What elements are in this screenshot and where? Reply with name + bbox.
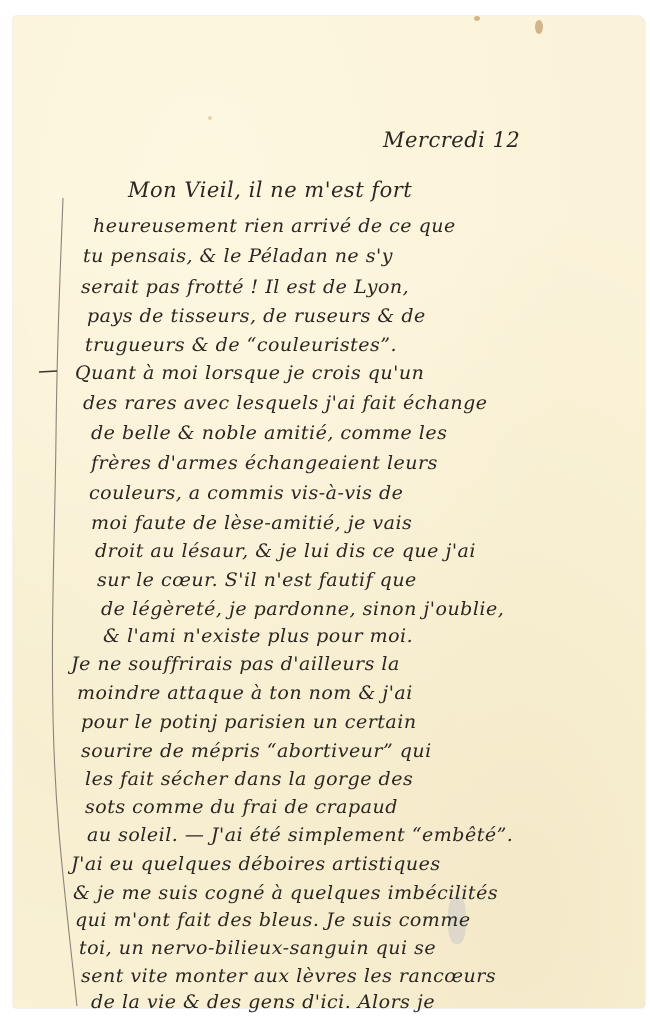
letter-line: sots comme du frai de crapaud [85,796,398,818]
letter-line: qui m'ont fait des bleus. Je suis comme [75,909,471,931]
letter-line: toi, un nervo-bilieux-sanguin qui se [79,937,436,959]
paper-stain [208,116,212,120]
letter-line: couleurs, a commis vis-à-vis de [89,482,403,504]
letter-line: au soleil. — J'ai été simplement “embêté… [87,824,513,846]
dateline: Mercredi 12 [383,128,520,152]
letter-line: Je ne souffrirais pas d'ailleurs la [71,653,400,675]
letter-line: des rares avec lesquels j'ai fait échang… [83,392,488,414]
paper-stain [535,20,543,34]
letter-page: Mercredi 12 Mon Vieil, il ne m'est fort … [13,16,645,1008]
letter-line: droit au lésaur, & je lui dis ce que j'a… [95,540,476,562]
letter-line: de légèreté, je pardonne, sinon j'oublie… [101,598,504,620]
letter-line: Mon Vieil, il ne m'est fort [128,178,412,202]
letter-line: sent vite monter aux lèvres les rancœurs [81,965,496,987]
letter-line: pour le potinj parisien un certain [81,711,417,733]
letter-line: de la vie & des gens d'ici. Alors je [91,991,435,1013]
letter-line: de belle & noble amitié, comme les [91,422,447,444]
letter-line: serait pas frotté ! Il est de Lyon, [81,276,409,298]
letter-line: Quant à moi lorsque je crois qu'un [75,362,424,384]
letter-line: moindre attaque à ton nom & j'ai [77,682,413,704]
letter-line: frères d'armes échangeaient leurs [91,452,438,474]
letter-line: heureusement rien arrivé de ce que [93,215,456,237]
letter-line: tu pensais, & le Péladan ne s'y [83,245,393,267]
letter-line: sourire de mépris “abortiveur” qui [81,740,432,762]
paper-stain [474,16,480,21]
letter-line: & je me suis cogné à quelques imbécilité… [73,882,498,904]
letter-line: pays de tisseurs, de ruseurs & de [87,305,426,327]
letter-line: & l'ami n'existe plus pour moi. [103,625,413,647]
letter-line: les fait sécher dans la gorge des [85,768,413,790]
letter-line: sur le cœur. S'il n'est fautif que [97,569,417,591]
letter-line: trugueurs & de “couleuristes”. [85,334,397,356]
letter-line: moi faute de lèse-amitié, je vais [91,512,412,534]
letter-line: J'ai eu quelques déboires artistiques [71,853,441,875]
